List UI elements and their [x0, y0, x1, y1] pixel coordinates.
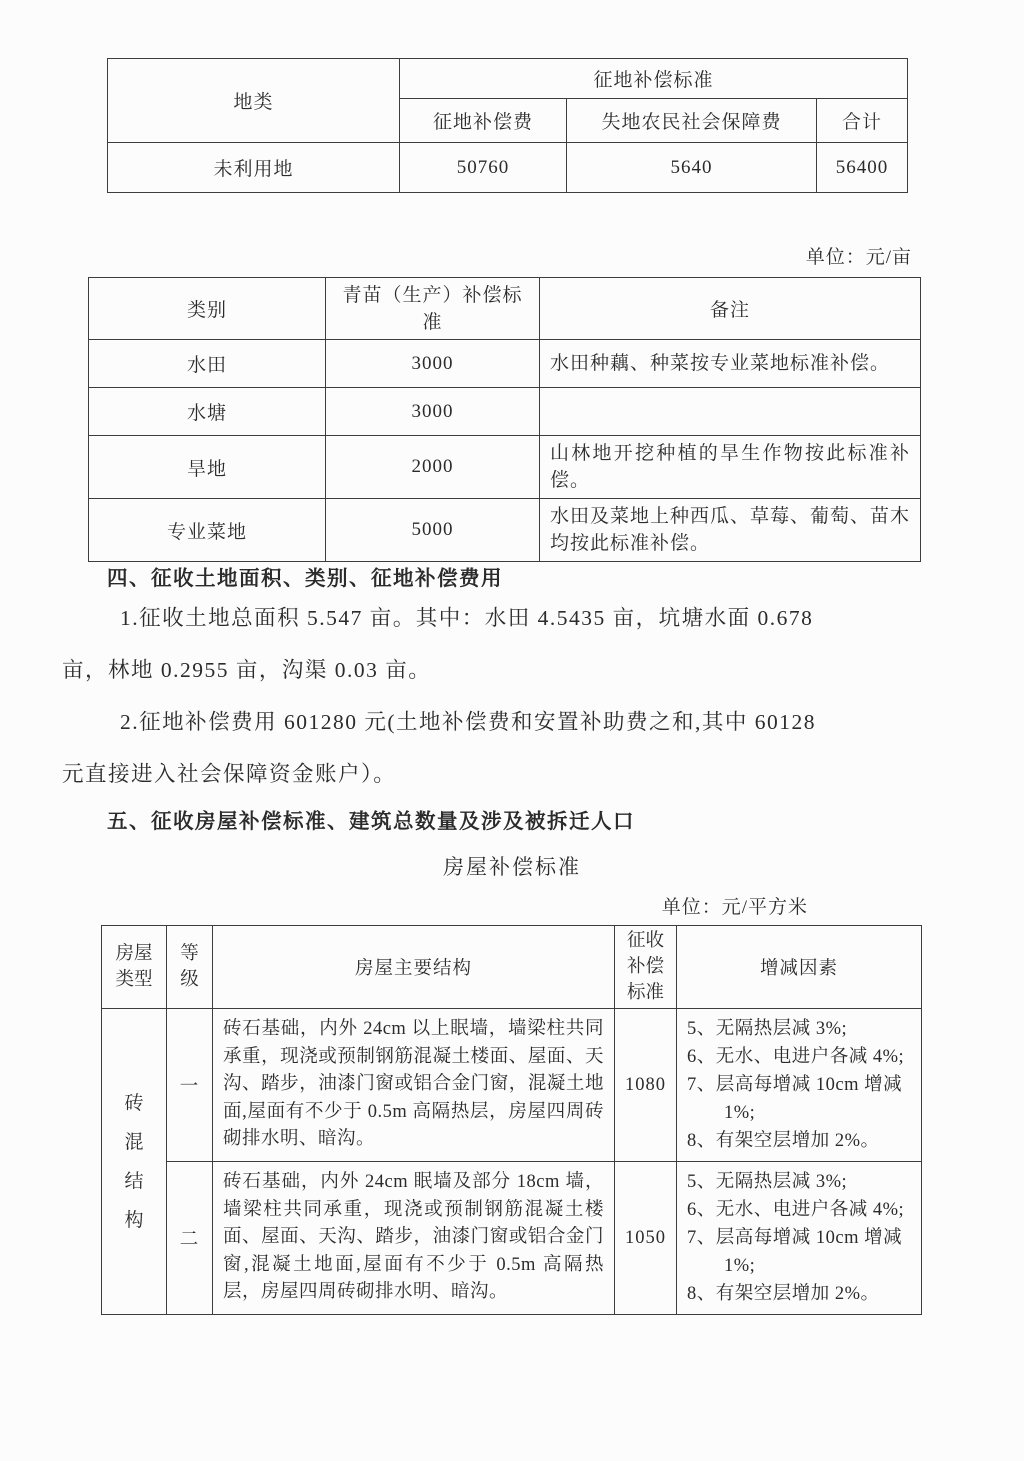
section-4-heading: 四、征收土地面积、类别、征地补偿费用	[62, 561, 962, 591]
house-type-label: 砖混结构	[124, 1084, 145, 1240]
land-row-type: 未利用地	[108, 143, 400, 193]
house-header-structure: 房屋主要结构	[213, 926, 615, 1009]
house-header-type-label: 房屋类型	[115, 941, 154, 993]
land-row-total: 56400	[817, 143, 908, 193]
factor-item: 6、无水、电进户各减 4%;	[687, 1043, 911, 1071]
house-header-standard: 征收补偿标准	[615, 926, 677, 1009]
crop-compensation-table: 类别 青苗（生产）补偿标准 备注 水田 3000 水田种藕、种菜按专业菜地标准补…	[88, 277, 921, 562]
table-row: 水田 3000 水田种藕、种菜按专业菜地标准补偿。	[89, 340, 921, 388]
house-header-grade: 等级	[167, 926, 213, 1009]
factor-item: 5、无隔热层减 3%;	[687, 1015, 911, 1043]
land-group-header: 征地补偿标准	[400, 59, 908, 99]
crop-remark: 山林地开挖种植的旱生作物按此标准补偿。	[540, 436, 921, 499]
crop-header-remark: 备注	[540, 278, 921, 340]
crop-remark: 水田种藕、种菜按专业菜地标准补偿。	[540, 340, 921, 388]
crop-category: 专业菜地	[89, 499, 326, 562]
house-factors: 5、无隔热层减 3%; 6、无水、电进户各减 4%; 7、层高每增减 10cm …	[677, 1009, 922, 1162]
factor-item: 7、层高每增减 10cm 增减 1%;	[687, 1071, 911, 1127]
crop-category: 水塘	[89, 388, 326, 436]
section-4-paragraph-2: 2.征地补偿费用 601280 元(土地补偿费和安置补助费之和,其中 60128…	[62, 696, 964, 800]
section-4-paragraph-1: 1.征收土地总面积 5.547 亩。其中：水田 4.5435 亩，坑塘水面 0.…	[62, 592, 964, 696]
house-header-standard-label: 征收补偿标准	[626, 928, 665, 1006]
table-row: 二 砖石基础，内外 24cm 眠墙及部分 18cm 墙，墙梁柱共同承重，现浇或预…	[102, 1162, 922, 1315]
factor-item: 7、层高每增减 10cm 增减 1%;	[687, 1224, 911, 1280]
land-subheader-social: 失地农民社会保障费	[567, 99, 817, 143]
land-subheader-fee: 征地补偿费	[400, 99, 567, 143]
land-row-social: 5640	[567, 143, 817, 193]
house-header-grade-label: 等级	[179, 941, 199, 993]
crop-header-standard: 青苗（生产）补偿标准	[326, 278, 540, 340]
land-type-header: 地类	[108, 59, 400, 143]
paragraph-line: 元直接进入社会保障资金账户）。	[62, 748, 964, 800]
document-page: 地类 征地补偿标准 征地补偿费 失地农民社会保障费 合计 未利用地 50760 …	[0, 0, 1024, 1461]
table-row: 未利用地 50760 5640 56400	[108, 143, 908, 193]
crop-remark	[540, 388, 921, 436]
house-grade: 一	[167, 1009, 213, 1162]
house-structure: 砖石基础，内外 24cm 以上眠墙，墙梁柱共同承重，现浇或预制钢筋混凝土楼面、屋…	[213, 1009, 615, 1162]
unit-note-yuan-per-sqm: 单位：元/平方米	[662, 892, 808, 919]
unit-note-yuan-per-mu: 单位：元/亩	[806, 242, 912, 269]
factor-item: 6、无水、电进户各减 4%;	[687, 1196, 911, 1224]
crop-remark: 水田及菜地上种西瓜、草莓、葡萄、苗木均按此标准补偿。	[540, 499, 921, 562]
house-structure: 砖石基础，内外 24cm 眠墙及部分 18cm 墙，墙梁柱共同承重，现浇或预制钢…	[213, 1162, 615, 1315]
crop-header-category: 类别	[89, 278, 326, 340]
house-standard: 1080	[615, 1009, 677, 1162]
land-compensation-table: 地类 征地补偿标准 征地补偿费 失地农民社会保障费 合计 未利用地 50760 …	[107, 58, 908, 193]
factor-item: 8、有架空层增加 2%。	[687, 1127, 911, 1155]
table-row: 砖混结构 一 砖石基础，内外 24cm 以上眠墙，墙梁柱共同承重，现浇或预制钢筋…	[102, 1009, 922, 1162]
table-row: 旱地 2000 山林地开挖种植的旱生作物按此标准补偿。	[89, 436, 921, 499]
table-row: 专业菜地 5000 水田及菜地上种西瓜、草莓、葡萄、苗木均按此标准补偿。	[89, 499, 921, 562]
table-row: 水塘 3000	[89, 388, 921, 436]
paragraph-line: 2.征地补偿费用 601280 元(土地补偿费和安置补助费之和,其中 60128	[62, 696, 964, 748]
crop-standard: 3000	[326, 340, 540, 388]
house-compensation-table: 房屋类型 等级 房屋主要结构 征收补偿标准 增减因素 砖混结构 一 砖石基础，内…	[101, 925, 922, 1315]
crop-standard: 2000	[326, 436, 540, 499]
crop-category: 旱地	[89, 436, 326, 499]
crop-category: 水田	[89, 340, 326, 388]
land-row-fee: 50760	[400, 143, 567, 193]
house-header-factors: 增减因素	[677, 926, 922, 1009]
section-5-heading: 五、征收房屋补偿标准、建筑总数量及涉及被拆迁人口	[62, 804, 962, 834]
house-grade: 二	[167, 1162, 213, 1315]
paragraph-line: 亩，林地 0.2955 亩，沟渠 0.03 亩。	[62, 644, 964, 696]
crop-standard: 3000	[326, 388, 540, 436]
house-standard: 1050	[615, 1162, 677, 1315]
house-header-type: 房屋类型	[102, 926, 167, 1009]
land-subheader-total: 合计	[817, 99, 908, 143]
house-factors: 5、无隔热层减 3%; 6、无水、电进户各减 4%; 7、层高每增减 10cm …	[677, 1162, 922, 1315]
paragraph-line: 1.征收土地总面积 5.547 亩。其中：水田 4.5435 亩，坑塘水面 0.…	[62, 592, 964, 644]
factor-item: 8、有架空层增加 2%。	[687, 1280, 911, 1308]
crop-standard: 5000	[326, 499, 540, 562]
house-type-cell: 砖混结构	[102, 1009, 167, 1315]
house-compensation-subtitle: 房屋补偿标准	[0, 851, 1024, 881]
factor-item: 5、无隔热层减 3%;	[687, 1168, 911, 1196]
